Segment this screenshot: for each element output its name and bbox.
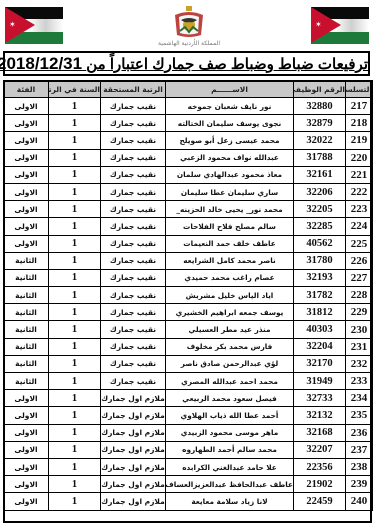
cell-name: علا حامد عبدالغني الكرابده bbox=[166, 458, 294, 475]
cell-years: 1 bbox=[49, 235, 101, 252]
cell-job-number: 32879 bbox=[294, 115, 346, 132]
cell-serial: 235 bbox=[346, 407, 373, 424]
cell-years: 1 bbox=[49, 458, 101, 475]
cell-years: 1 bbox=[49, 269, 101, 286]
table-row: 23432733فيصل سعود محمد الربيعيملازم اول … bbox=[4, 390, 373, 407]
cell-category: الاولى bbox=[4, 132, 49, 149]
table-row: 22332205محمد نور_ يحيى خالد الحزينه_نقيب… bbox=[4, 201, 373, 218]
cell-rank: نقيب جمارك bbox=[101, 355, 166, 372]
cell-serial: 222 bbox=[346, 183, 373, 200]
cell-years: 1 bbox=[49, 132, 101, 149]
cell-serial: 228 bbox=[346, 287, 373, 304]
cell-serial: 236 bbox=[346, 424, 373, 441]
cell-category: الثانية bbox=[4, 355, 49, 372]
table-row: 22931812يوسف جمعه ابراهيم الخشيرينقيب جم… bbox=[4, 304, 373, 321]
cell-category: الاولى bbox=[4, 390, 49, 407]
cell-category: الاولى bbox=[4, 183, 49, 200]
table-row: 23040303منذر عيد مطر العسيلينقيب جمارك1ا… bbox=[4, 321, 373, 338]
table-row: 22831782اياد الياس خليل مشريشنقيب جمارك1… bbox=[4, 287, 373, 304]
cell-serial: 224 bbox=[346, 218, 373, 235]
table-row: 23632168ماهر موسى محمود الزبيديملازم اول… bbox=[4, 424, 373, 441]
table-row: 23532132أحمد عطا الله ذياب الهلاويملازم … bbox=[4, 407, 373, 424]
cell-rank: نقيب جمارك bbox=[101, 132, 166, 149]
cell-serial: 237 bbox=[346, 441, 373, 458]
cell-category: الاولى bbox=[4, 235, 49, 252]
cell-category: الثانية bbox=[4, 338, 49, 355]
table-row: 23732207محمد سالم أحمد الطهاروهملازم اول… bbox=[4, 441, 373, 458]
cell-name: لؤي عبدالرحمن صادق ناصر bbox=[166, 355, 294, 372]
cell-category: الثانية bbox=[4, 287, 49, 304]
cell-name: عبدالله نواف محمود الزعبي bbox=[166, 149, 294, 166]
cell-job-number: 31782 bbox=[294, 287, 346, 304]
cell-job-number: 22356 bbox=[294, 458, 346, 475]
cell-name: يوسف جمعه ابراهيم الخشيري bbox=[166, 304, 294, 321]
table-row: 22732193عصام راغب محمد حميدينقيب جمارك1ا… bbox=[4, 269, 373, 286]
cell-years: 1 bbox=[49, 183, 101, 200]
cell-years: 1 bbox=[49, 424, 101, 441]
cell-serial: 232 bbox=[346, 355, 373, 372]
cell-rank: نقيب جمارك bbox=[101, 166, 166, 183]
col-header-rank: الرتبة المستحقة bbox=[101, 81, 166, 98]
cell-category: الاولى bbox=[4, 407, 49, 424]
table-row: 21832879نجوى يوسف سليمان الختالتهنقيب جم… bbox=[4, 115, 373, 132]
table-row: 23232170لؤي عبدالرحمن صادق ناصرنقيب جمار… bbox=[4, 355, 373, 372]
table-header-row: التسلسل الرقم الوظيفي الاســــــم الرتبة… bbox=[4, 81, 373, 98]
cell-serial: 229 bbox=[346, 304, 373, 321]
cell-category: الاولى bbox=[4, 98, 49, 115]
cell-years: 1 bbox=[49, 166, 101, 183]
table-row: 21732880نور نايف شعبان جموخهنقيب جمارك1ا… bbox=[4, 98, 373, 115]
cell-job-number: 32168 bbox=[294, 424, 346, 441]
cell-years: 1 bbox=[49, 390, 101, 407]
table-row: 22132161معاذ محمود عبدالهادي سلماننقيب ج… bbox=[4, 166, 373, 183]
cell-name: أحمد عطا الله ذياب الهلاوي bbox=[166, 407, 294, 424]
cell-rank: ملازم اول جمارك bbox=[101, 441, 166, 458]
jordan-coat-of-arms-icon bbox=[171, 5, 207, 39]
cell-name: سالم مصلح فلاح الفلاحات bbox=[166, 218, 294, 235]
cell-category: الاولى bbox=[4, 166, 49, 183]
table-row: 22540562عاطف خلف حمد النعيماتنقيب جمارك1… bbox=[4, 235, 373, 252]
cell-rank: نقيب جمارك bbox=[101, 287, 166, 304]
emblem-caption: المملكة الأردنية الهاشمية bbox=[150, 40, 228, 47]
cell-serial: 238 bbox=[346, 458, 373, 475]
cell-rank: نقيب جمارك bbox=[101, 98, 166, 115]
cell-name: ناصر محمد كامل الشرايعه bbox=[166, 252, 294, 269]
cell-job-number: 40303 bbox=[294, 321, 346, 338]
cell-serial: 226 bbox=[346, 252, 373, 269]
cell-serial: 233 bbox=[346, 373, 373, 390]
table-row: 22432285سالم مصلح فلاح الفلاحاتنقيب جمار… bbox=[4, 218, 373, 235]
cell-category: الاولى bbox=[4, 493, 49, 510]
cell-job-number: 32206 bbox=[294, 183, 346, 200]
cell-years: 1 bbox=[49, 287, 101, 304]
cell-category: الثانية bbox=[4, 304, 49, 321]
jordan-flag-icon: ✶ bbox=[5, 7, 63, 44]
cell-name: نجوى يوسف سليمان الختالته bbox=[166, 115, 294, 132]
cell-years: 1 bbox=[49, 218, 101, 235]
cell-years: 1 bbox=[49, 338, 101, 355]
cell-rank: نقيب جمارك bbox=[101, 149, 166, 166]
cell-job-number: 31949 bbox=[294, 373, 346, 390]
cell-years: 1 bbox=[49, 493, 101, 510]
table-row: 22631780ناصر محمد كامل الشرايعهنقيب جمار… bbox=[4, 252, 373, 269]
cell-rank: نقيب جمارك bbox=[101, 269, 166, 286]
cell-years: 1 bbox=[49, 407, 101, 424]
cell-serial: 231 bbox=[346, 338, 373, 355]
cell-category: الاولى bbox=[4, 201, 49, 218]
cell-job-number: 32132 bbox=[294, 407, 346, 424]
title-date: 2018/12/31 bbox=[0, 54, 82, 73]
title-text: ترفيعات ضباط وضباط صف جمارك اعتباراً من bbox=[86, 56, 368, 73]
document-title-box: ترفيعات ضباط وضباط صف جمارك اعتباراً من … bbox=[3, 51, 370, 76]
cell-serial: 223 bbox=[346, 201, 373, 218]
cell-serial: 225 bbox=[346, 235, 373, 252]
cell-serial: 227 bbox=[346, 269, 373, 286]
cell-name: لانا زياد سلامة معايعة bbox=[166, 493, 294, 510]
cell-years: 1 bbox=[49, 115, 101, 132]
cell-category: الاولى bbox=[4, 424, 49, 441]
cell-years: 1 bbox=[49, 321, 101, 338]
cell-category: الاولى bbox=[4, 476, 49, 493]
table-row: 23331949محمد احمد عبدالله المصرينقيب جما… bbox=[4, 373, 373, 390]
cell-rank: ملازم اول جمارك bbox=[101, 476, 166, 493]
cell-serial: 240 bbox=[346, 493, 373, 510]
cell-job-number: 22459 bbox=[294, 493, 346, 510]
cell-job-number: 31812 bbox=[294, 304, 346, 321]
cell-years: 1 bbox=[49, 476, 101, 493]
cell-rank: ملازم اول جمارك bbox=[101, 458, 166, 475]
cell-rank: نقيب جمارك bbox=[101, 304, 166, 321]
cell-name: محمد احمد عبدالله المصري bbox=[166, 373, 294, 390]
cell-category: الثانية bbox=[4, 269, 49, 286]
cell-rank: نقيب جمارك bbox=[101, 201, 166, 218]
cell-rank: ملازم اول جمارك bbox=[101, 407, 166, 424]
cell-job-number: 32207 bbox=[294, 441, 346, 458]
cell-job-number: 32170 bbox=[294, 355, 346, 372]
cell-category: الثانية bbox=[4, 321, 49, 338]
cell-job-number: 21902 bbox=[294, 476, 346, 493]
cell-years: 1 bbox=[49, 149, 101, 166]
cell-rank: نقيب جمارك bbox=[101, 115, 166, 132]
cell-rank: نقيب جمارك bbox=[101, 218, 166, 235]
cell-rank: نقيب جمارك bbox=[101, 373, 166, 390]
cell-name: محمد نور_ يحيى خالد الحزينه_ bbox=[166, 201, 294, 218]
cell-serial: 219 bbox=[346, 132, 373, 149]
cell-category: الاولى bbox=[4, 115, 49, 132]
cell-name: ماهر موسى محمود الزبيدي bbox=[166, 424, 294, 441]
col-header-serial: التسلسل bbox=[346, 81, 373, 98]
col-header-years: السنة في الرتبة bbox=[49, 81, 101, 98]
table-row: 23921902عاطف عبدالحافظ عبدالعزيزالعسافمل… bbox=[4, 476, 373, 493]
cell-job-number: 32733 bbox=[294, 390, 346, 407]
cell-category: الاولى bbox=[4, 149, 49, 166]
cell-name: محمد عيسى زعل أبو صويلح bbox=[166, 132, 294, 149]
cell-name: ساري سليمان عطا سليمان bbox=[166, 183, 294, 200]
jordan-flag-icon: ✶ bbox=[311, 7, 369, 44]
cell-job-number: 32285 bbox=[294, 218, 346, 235]
table-row: 23822356علا حامد عبدالغني الكرابدهملازم … bbox=[4, 458, 373, 475]
cell-serial: 221 bbox=[346, 166, 373, 183]
cell-category: الاولى bbox=[4, 218, 49, 235]
table-row: 21932022محمد عيسى زعل أبو صويلحنقيب جمار… bbox=[4, 132, 373, 149]
cell-serial: 218 bbox=[346, 115, 373, 132]
table-row: 23132204فارس محمد بكر مخلوفنقيب جمارك1ال… bbox=[4, 338, 373, 355]
cell-job-number: 40562 bbox=[294, 235, 346, 252]
cell-years: 1 bbox=[49, 441, 101, 458]
document-title: ترفيعات ضباط وضباط صف جمارك اعتباراً من … bbox=[5, 53, 368, 75]
table-row: 22232206ساري سليمان عطا سليماننقيب جمارك… bbox=[4, 183, 373, 200]
cell-years: 1 bbox=[49, 98, 101, 115]
cell-name: عصام راغب محمد حميدي bbox=[166, 269, 294, 286]
cell-job-number: 32193 bbox=[294, 269, 346, 286]
col-header-job-number: الرقم الوظيفي bbox=[294, 81, 346, 98]
cell-job-number: 31780 bbox=[294, 252, 346, 269]
cell-job-number: 32161 bbox=[294, 166, 346, 183]
cell-rank: ملازم اول جمارك bbox=[101, 493, 166, 510]
cell-years: 1 bbox=[49, 373, 101, 390]
cell-serial: 220 bbox=[346, 149, 373, 166]
cell-job-number: 32880 bbox=[294, 98, 346, 115]
cell-job-number: 31788 bbox=[294, 149, 346, 166]
cell-serial: 234 bbox=[346, 390, 373, 407]
cell-name: نور نايف شعبان جموخه bbox=[166, 98, 294, 115]
col-header-category: الفئة bbox=[4, 81, 49, 98]
table-row: 24022459لانا زياد سلامة معايعةملازم اول … bbox=[4, 493, 373, 510]
cell-name: منذر عيد مطر العسيلي bbox=[166, 321, 294, 338]
cell-category: الثانية bbox=[4, 252, 49, 269]
cell-rank: ملازم اول جمارك bbox=[101, 424, 166, 441]
cell-category: الاولى bbox=[4, 441, 49, 458]
cell-job-number: 32022 bbox=[294, 132, 346, 149]
cell-name: فارس محمد بكر مخلوف bbox=[166, 338, 294, 355]
promotions-table: التسلسل الرقم الوظيفي الاســــــم الرتبة… bbox=[3, 80, 373, 511]
cell-name: معاذ محمود عبدالهادي سلمان bbox=[166, 166, 294, 183]
cell-serial: 217 bbox=[346, 98, 373, 115]
cell-name: فيصل سعود محمد الربيعي bbox=[166, 390, 294, 407]
col-header-name: الاســــــم bbox=[166, 81, 294, 98]
cell-rank: نقيب جمارك bbox=[101, 252, 166, 269]
cell-years: 1 bbox=[49, 304, 101, 321]
cell-serial: 239 bbox=[346, 476, 373, 493]
cell-job-number: 32204 bbox=[294, 338, 346, 355]
cell-serial: 230 bbox=[346, 321, 373, 338]
cell-rank: نقيب جمارك bbox=[101, 321, 166, 338]
cell-category: الثانية bbox=[4, 373, 49, 390]
cell-rank: نقيب جمارك bbox=[101, 183, 166, 200]
cell-name: محمد سالم أحمد الطهاروه bbox=[166, 441, 294, 458]
cell-years: 1 bbox=[49, 252, 101, 269]
cell-rank: نقيب جمارك bbox=[101, 235, 166, 252]
cell-job-number: 32205 bbox=[294, 201, 346, 218]
cell-category: الاولى bbox=[4, 458, 49, 475]
cell-name: عاطف عبدالحافظ عبدالعزيزالعساف bbox=[166, 476, 294, 493]
cell-years: 1 bbox=[49, 355, 101, 372]
cell-name: اياد الياس خليل مشريش bbox=[166, 287, 294, 304]
cell-rank: ملازم اول جمارك bbox=[101, 390, 166, 407]
cell-rank: نقيب جمارك bbox=[101, 338, 166, 355]
table-row: 22031788عبدالله نواف محمود الزعبينقيب جم… bbox=[4, 149, 373, 166]
cell-years: 1 bbox=[49, 201, 101, 218]
cell-name: عاطف خلف حمد النعيمات bbox=[166, 235, 294, 252]
